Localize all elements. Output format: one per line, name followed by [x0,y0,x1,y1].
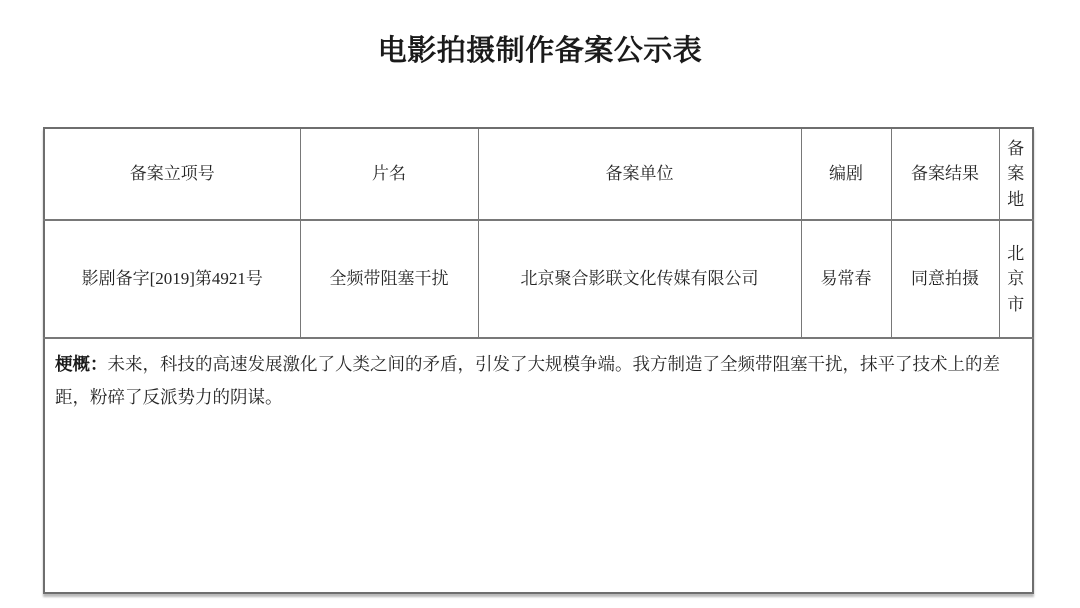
cell-filing-location: 北京市 [999,220,1033,338]
synopsis-cell: 梗概：未来，科技的高速发展激化了人类之间的矛盾，引发了大规模争端。我方制造了全频… [44,338,1033,593]
cell-film-title: 全频带阻塞干扰 [300,220,478,338]
cell-filing-result: 同意拍摄 [891,220,999,338]
synopsis-text: 未来，科技的高速发展激化了人类之间的矛盾，引发了大规模争端。我方制造了全频带阻塞… [55,354,1000,407]
synopsis-label: 梗概： [55,354,108,374]
header-filing-number: 备案立项号 [44,128,300,220]
cell-screenwriter: 易常春 [801,220,891,338]
header-filing-unit: 备案单位 [478,128,801,220]
header-filing-result: 备案结果 [891,128,999,220]
synopsis-row: 梗概：未来，科技的高速发展激化了人类之间的矛盾，引发了大规模争端。我方制造了全频… [44,338,1033,593]
page-title: 电影拍摄制作备案公示表 [0,28,1080,69]
header-filing-location: 备案地 [999,128,1033,220]
document-page: 电影拍摄制作备案公示表 备案立项号 片名 备案单位 编剧 备案结果 备案地 影剧… [0,0,1080,608]
filing-table: 备案立项号 片名 备案单位 编剧 备案结果 备案地 影剧备字[2019]第492… [43,127,1034,594]
cell-filing-unit: 北京聚合影联文化传媒有限公司 [478,220,801,338]
cell-filing-number: 影剧备字[2019]第4921号 [44,220,300,338]
table-row: 影剧备字[2019]第4921号 全频带阻塞干扰 北京聚合影联文化传媒有限公司 … [44,220,1033,338]
header-screenwriter: 编剧 [801,128,891,220]
header-film-title: 片名 [300,128,478,220]
table-header-row: 备案立项号 片名 备案单位 编剧 备案结果 备案地 [44,128,1033,220]
